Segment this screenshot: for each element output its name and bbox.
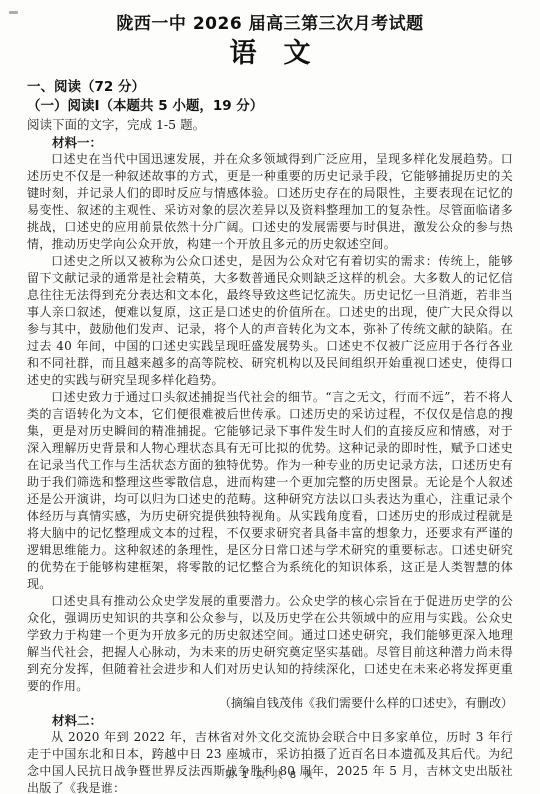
material-one-paragraph-1: 口述史在当代中国迅速发展，并在众多领域得到广泛应用，呈现多样化发展趋势。口述历史…	[27, 151, 513, 253]
subsection-heading-reading-1: （一）阅读Ⅰ（本题共 5 小题，19 分）	[27, 97, 513, 115]
material-one-paragraph-2: 口述史之所以又被称为公众口述史，是因为公众对它有着切实的需求：传统上，能够留下文…	[27, 253, 513, 389]
subject-title: 语 文	[0, 38, 540, 70]
page-footer: 第 1 页 共 8 页	[0, 766, 540, 781]
material-two-label: 材料二：	[27, 712, 513, 729]
instruction-text: 阅读下面的文字，完成 1-5 题。	[27, 116, 513, 134]
section-heading-reading: 一、阅读（72 分）	[27, 78, 513, 96]
material-one-paragraph-4: 口述史具有推动公众史学发展的重要潜力。公众史学的核心宗旨在于促进历史学的公众化，…	[27, 593, 513, 695]
exam-body: 一、阅读（72 分） （一）阅读Ⅰ（本题共 5 小题，19 分） 阅读下面的文字…	[0, 78, 540, 794]
attribution-line: （摘编自钱茂伟《我们需要什么样的口述史》，有删改）	[27, 695, 513, 712]
exam-page: 陇西一中 2026 届高三第三次月考试题 语 文 一、阅读（72 分） （一）阅…	[0, 0, 540, 794]
scan-artifact	[9, 11, 18, 14]
material-one-label: 材料一：	[27, 134, 513, 151]
material-one-paragraph-3: 口述史致力于通过口头叙述捕捉当代社会的细节。“言之无文，行而不远”，若不将人类的…	[27, 389, 513, 593]
exam-title: 陇西一中 2026 届高三第三次月考试题	[0, 0, 540, 35]
material-two-paragraph-1: 从 2020 年到 2022 年，吉林省对外文化交流协会联合中日多家单位，历时 …	[27, 729, 513, 794]
